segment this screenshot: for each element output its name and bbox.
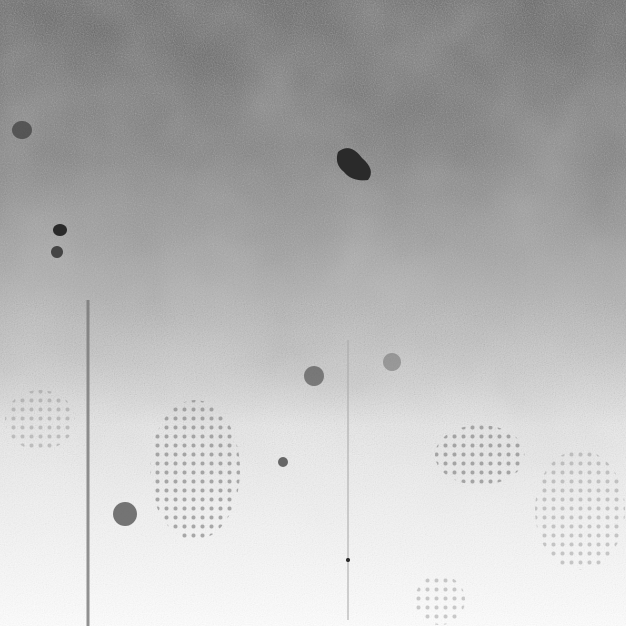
- texture-canvas: [0, 0, 626, 626]
- grunge-texture: [0, 0, 626, 626]
